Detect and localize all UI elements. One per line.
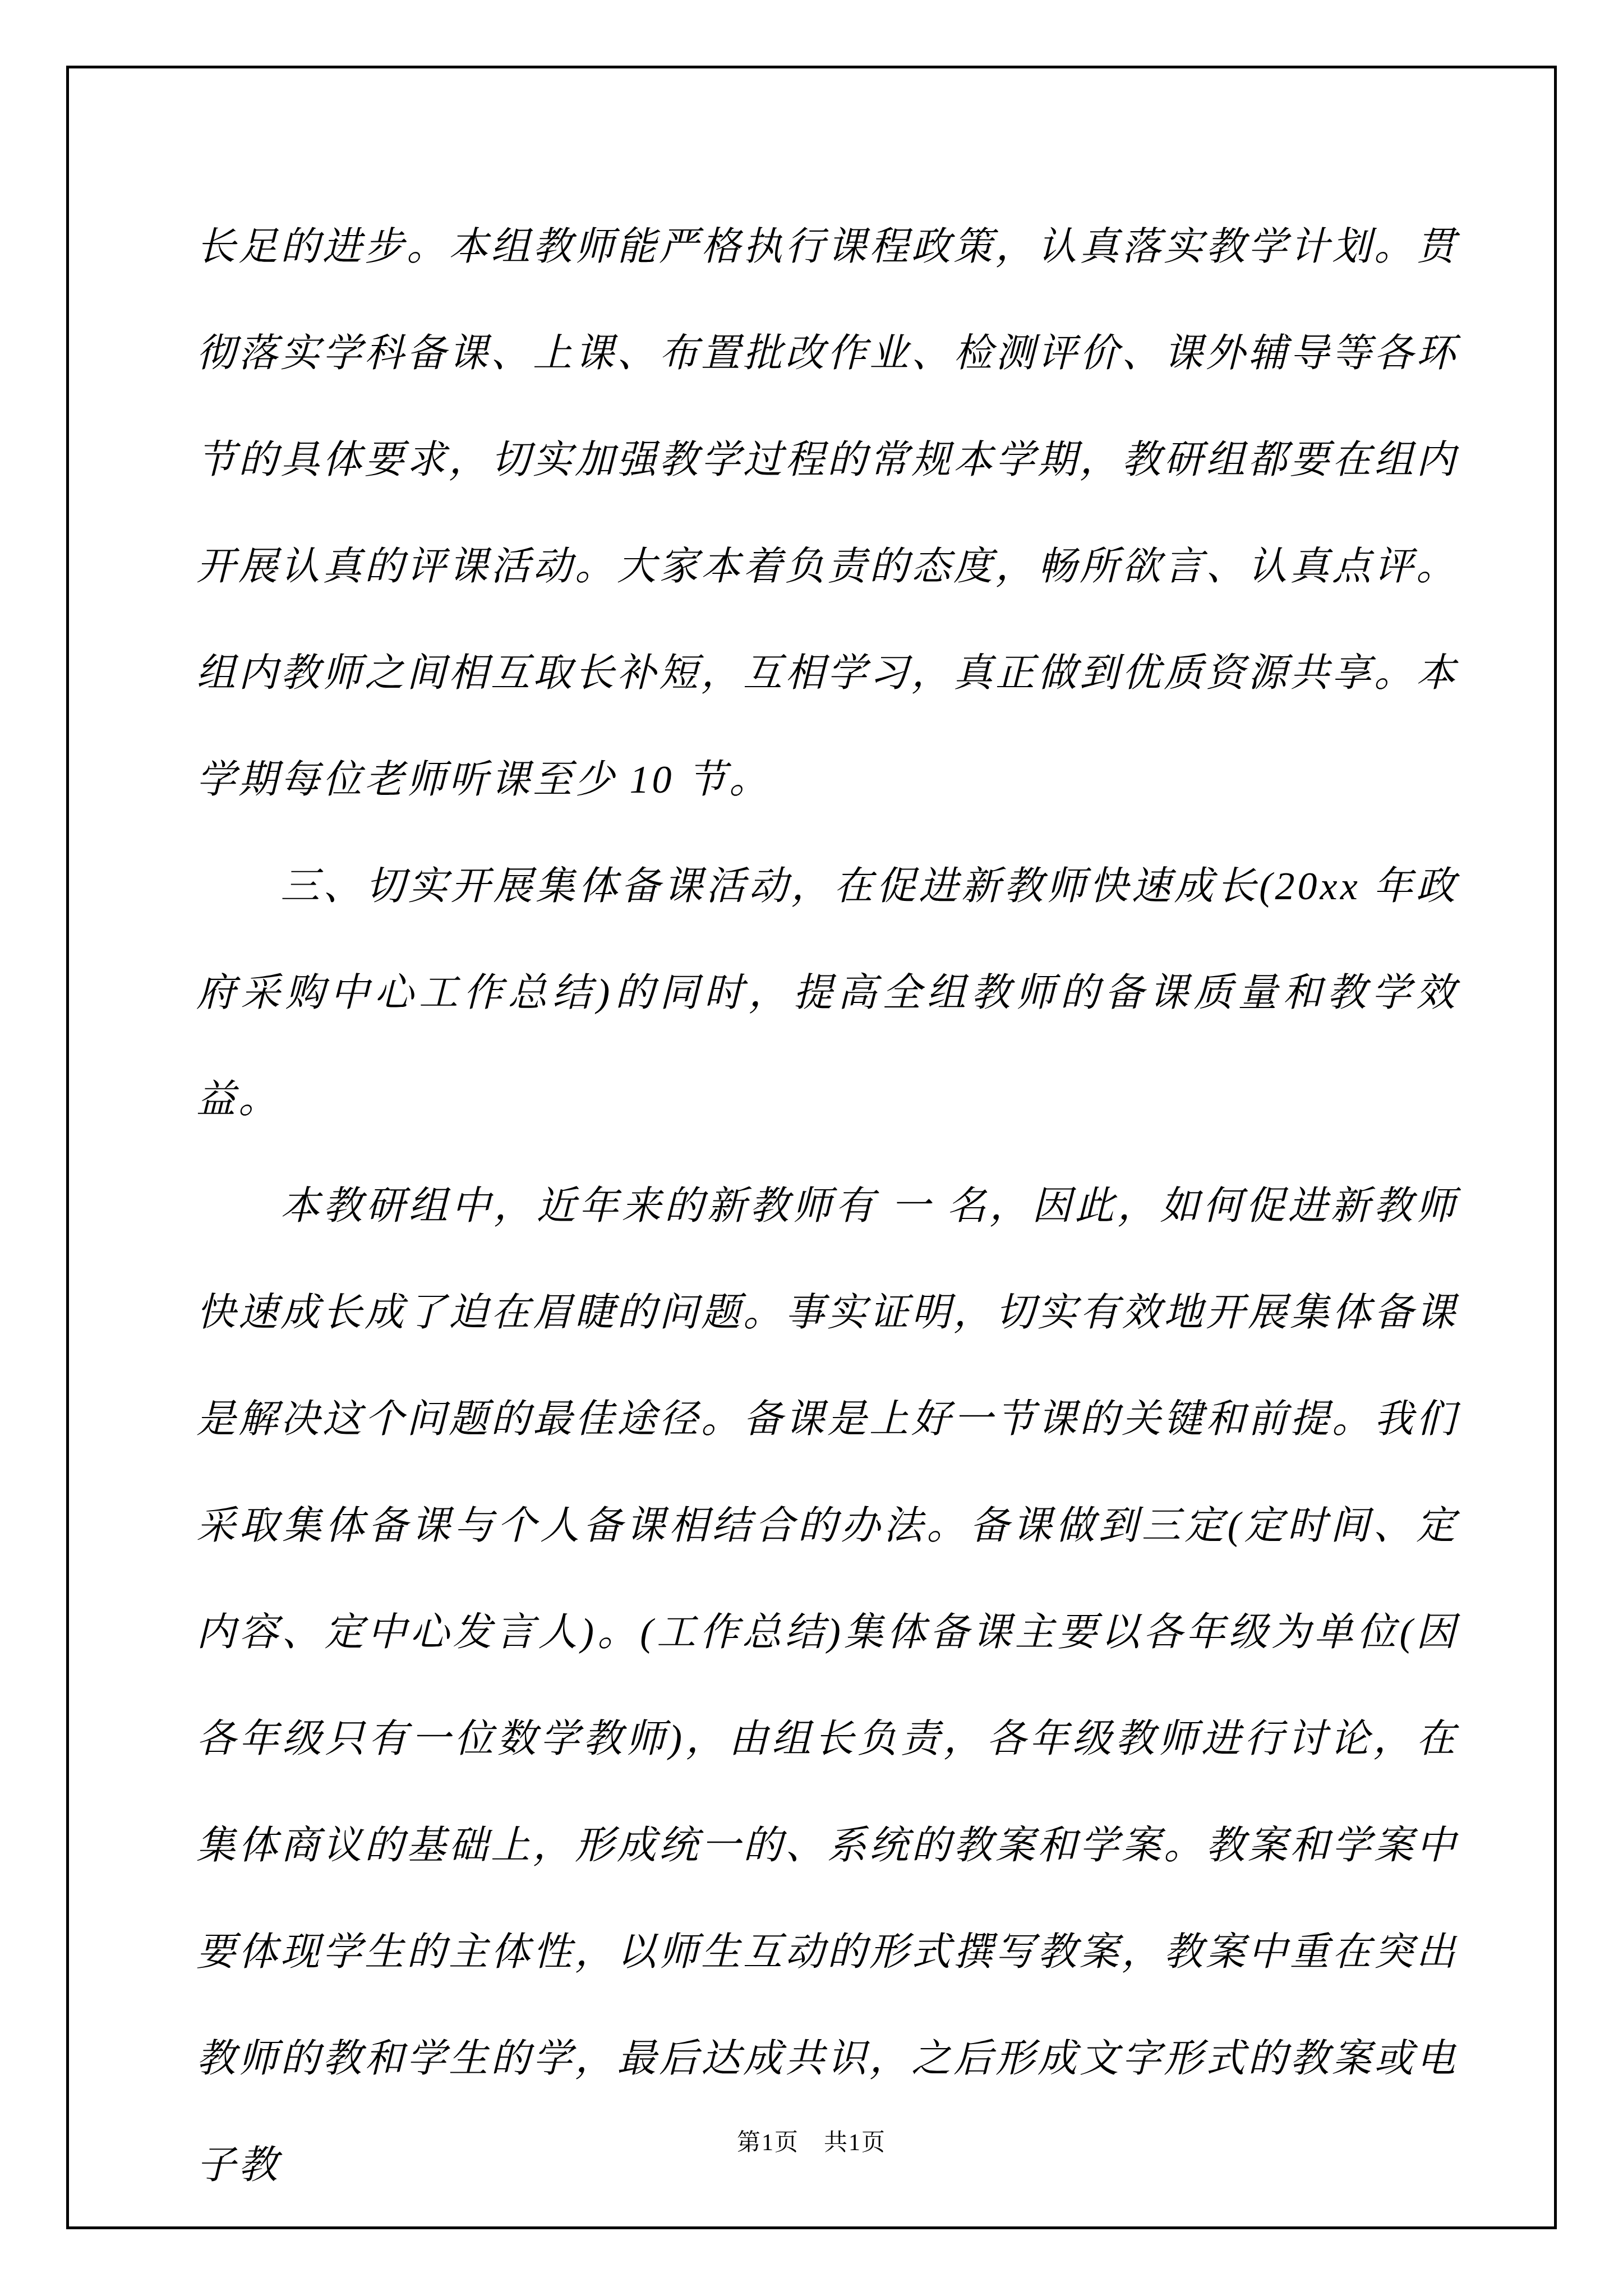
body-paragraph: 长足的进步。本组教师能严格执行课程政策，认真落实教学计划。贯彻落实学科备课、上课… bbox=[196, 194, 1458, 834]
page-number-footer: 第1页 共1页 bbox=[66, 2128, 1557, 2157]
body-paragraph: 本教研组中，近年来的新教师有 一 名，因此，如何促进新教师快速成长成了迫在眉睫的… bbox=[196, 1153, 1458, 2219]
body-paragraph: 三、切实开展集体备课活动，在促进新教师快速成长(20xx 年政府采购中心工作总结… bbox=[196, 834, 1458, 1153]
document-body: 长足的进步。本组教师能严格执行课程政策，认真落实教学计划。贯彻落实学科备课、上课… bbox=[196, 194, 1458, 2219]
document-page: { "colors": { "background": "#ffffff", "… bbox=[0, 0, 1623, 2296]
